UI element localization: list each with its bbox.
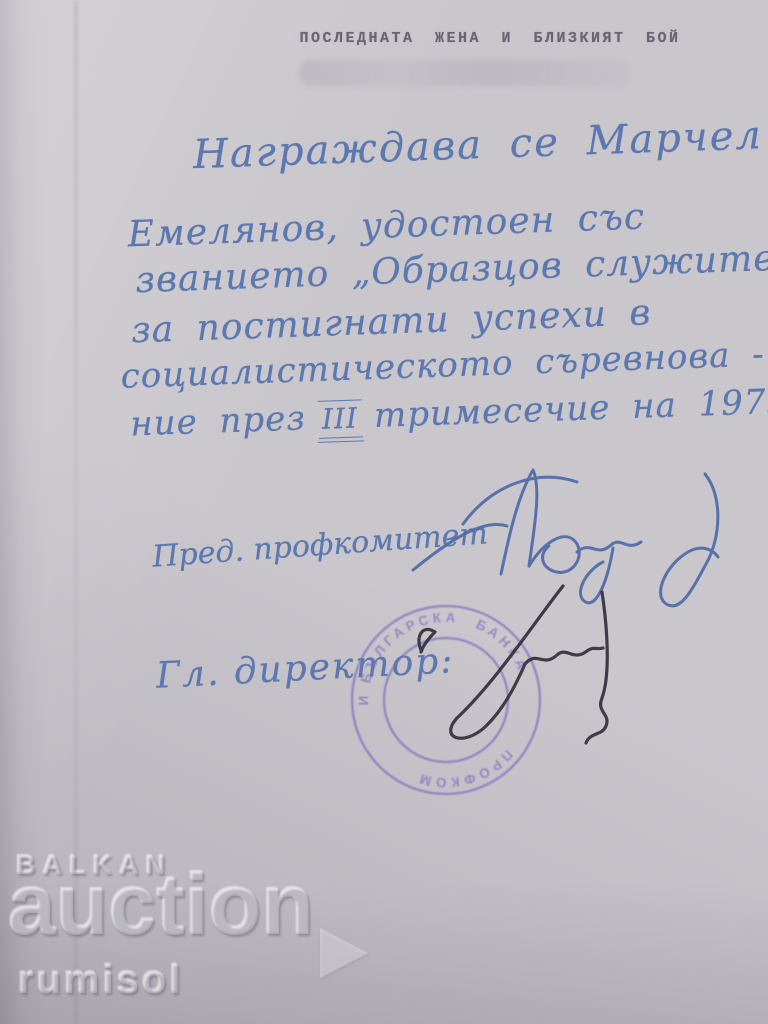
inscription-line-1: Награждава се Марчел [192, 112, 763, 178]
handwritten-inscription: Награждава се Марчел Емелянов, удостоен … [112, 113, 743, 474]
director-signature [405, 580, 630, 760]
watermark-rumisol: rumisol [18, 958, 183, 1003]
printed-title: ПОСЛЕДНАТА ЖЕНА И БЛИЗКИЯТ БОЙ [240, 30, 740, 47]
watermark-auction: auction [8, 856, 314, 955]
quarter-numeral: III [317, 399, 362, 439]
book-page-photo: ПОСЛЕДНАТА ЖЕНА И БЛИЗКИЯТ БОЙ Награждав… [0, 0, 768, 1024]
line6-prefix: ние през [130, 398, 307, 444]
play-triangle-icon [320, 928, 368, 978]
bleed-through-text [300, 60, 630, 86]
line6-suffix: тримесечие на 1975 г. [373, 380, 768, 436]
